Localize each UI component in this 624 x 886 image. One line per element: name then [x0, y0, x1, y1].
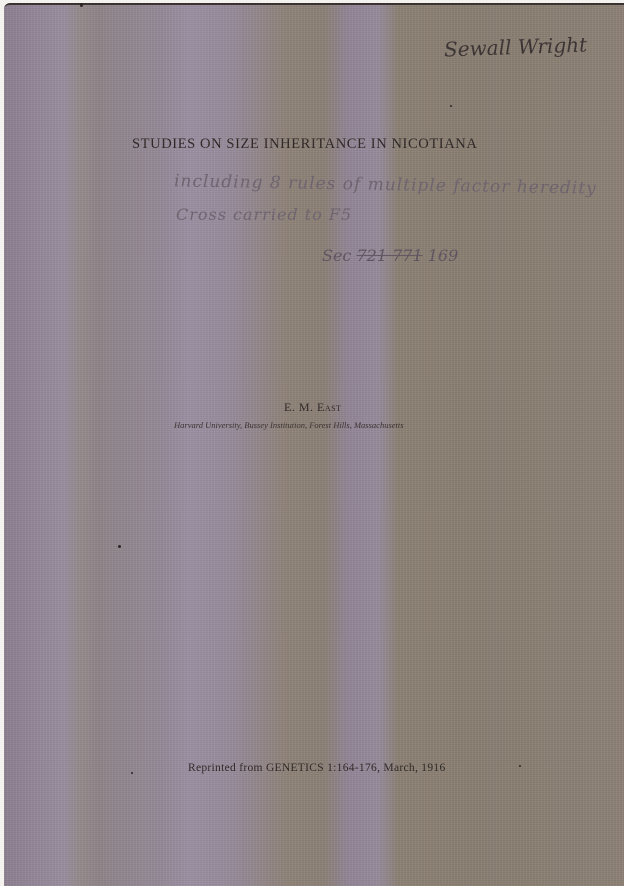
reprint-cover-page: Sewall Wright STUDIES ON SIZE INHERITANC…: [4, 3, 624, 886]
pencil-note-line-3: Sec 721 771 169: [322, 246, 458, 265]
handwritten-signature: Sewall Wright: [444, 33, 588, 62]
document-title: STUDIES ON SIZE INHERITANCE IN NICOTIANA: [132, 136, 477, 153]
paper-speck: [118, 545, 121, 548]
author-affiliation: Harvard University, Bussey Institution, …: [174, 420, 404, 430]
reprint-citation: Reprinted from GENETICS 1:164-176, March…: [188, 762, 446, 774]
author-name: E. M. East: [284, 400, 341, 415]
paper-speck: [450, 105, 452, 107]
paper-speck: [519, 765, 521, 767]
struck-page-numbers: 721 771: [356, 246, 422, 265]
paper-speck: [80, 3, 83, 7]
pencil-note-line-1: including 8 rules of multiple factor her…: [174, 171, 597, 198]
note-prefix: Sec: [322, 246, 356, 265]
paper-speck: [131, 772, 133, 774]
note-suffix: 169: [423, 246, 459, 265]
pencil-note-line-2: Cross carried to F5: [176, 205, 352, 224]
